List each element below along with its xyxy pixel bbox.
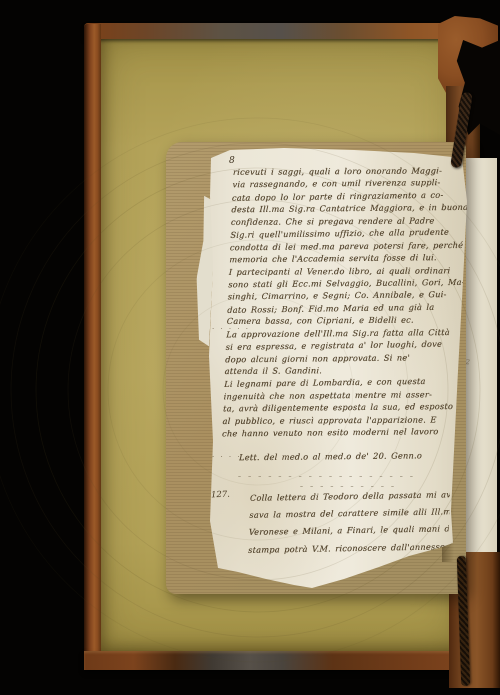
entry-number: 127. [211,490,230,501]
margin-dots: · · · · · [212,325,250,333]
leather-cover-left-edge [84,24,101,656]
margin-dots: · · · · · [212,453,250,461]
manuscript-page: 8 ricevuti i saggi, quali a loro onorand… [204,141,472,591]
separator-dashes: – – – – – – – – – – – – – – – – – – [238,473,460,480]
entry-text-block: Colla lettera di Teodoro della passata m… [248,486,450,558]
leather-cover-top-edge [84,23,464,39]
manuscript-text-block: ricevuti i saggi, quali a loro onorando … [221,164,473,464]
manuscript-citation-line: Lett. del med.o al med.o de' 20. Genn.o [239,448,462,463]
manuscript-photo: 12 8 ricevuti i saggi, quali a loro onor… [0,0,500,695]
folio-number: 8 [229,156,235,166]
manuscript-line: che hanno venuto non esito moderni nel l… [222,425,463,440]
leather-cover-bottom-edge [84,651,498,670]
